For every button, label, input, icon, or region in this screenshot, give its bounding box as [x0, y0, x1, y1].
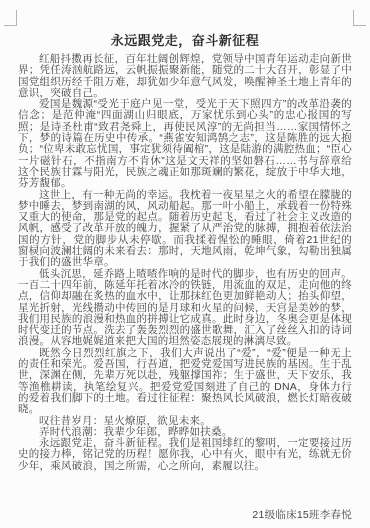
document-page: 永远跟党走，奋斗新征程 红船抖擞再长征，百年壮阔创辉煌，党领导中国青年运动走向新…: [0, 0, 370, 528]
crop-mark-top-left-icon: [4, 10, 17, 26]
paragraph-3: 这世上，有一种无尚的幸运。我枕着一夜星星之火的希望在朦胧的梦中睡去，梦到南湖的风…: [18, 190, 352, 269]
crop-mark-top-right-icon: [353, 10, 366, 26]
author-signature: 21级临床15班李春悦: [18, 510, 352, 521]
paragraph-4: 低头沉思，延乔路上喳喳作响的是时代的脚步，也有历史的回声。一百二十四年前，陈延年…: [18, 269, 352, 348]
paragraph-2: 爱国是魏源“受光于庭户见一堂，受光于天下照四方”的改革沿袭的信念；是范仲淹“四面…: [18, 99, 352, 189]
document-body: 红船抖擞再长征，百年壮阔创辉煌，党领导中国青年运动走向新世界；凭任涛汹航路远，云…: [18, 54, 352, 472]
paragraph-1: 红船抖擞再长征，百年壮阔创辉煌，党领导中国青年运动走向新世界；凭任涛汹航路远，云…: [18, 54, 352, 99]
paragraph-8: 永远跟党走，奋斗新征程。我们是祖国绯红的黎明，一定要接过历史的接力棒，铭记党的历…: [18, 438, 352, 472]
document-title: 永远跟党走，奋斗新征程: [18, 30, 352, 49]
paragraph-5: 既然今日烈烈红旗之下，我们大声说出了“爱”，“爱”便是一种无上的责任和荣光。爱吾…: [18, 348, 352, 416]
